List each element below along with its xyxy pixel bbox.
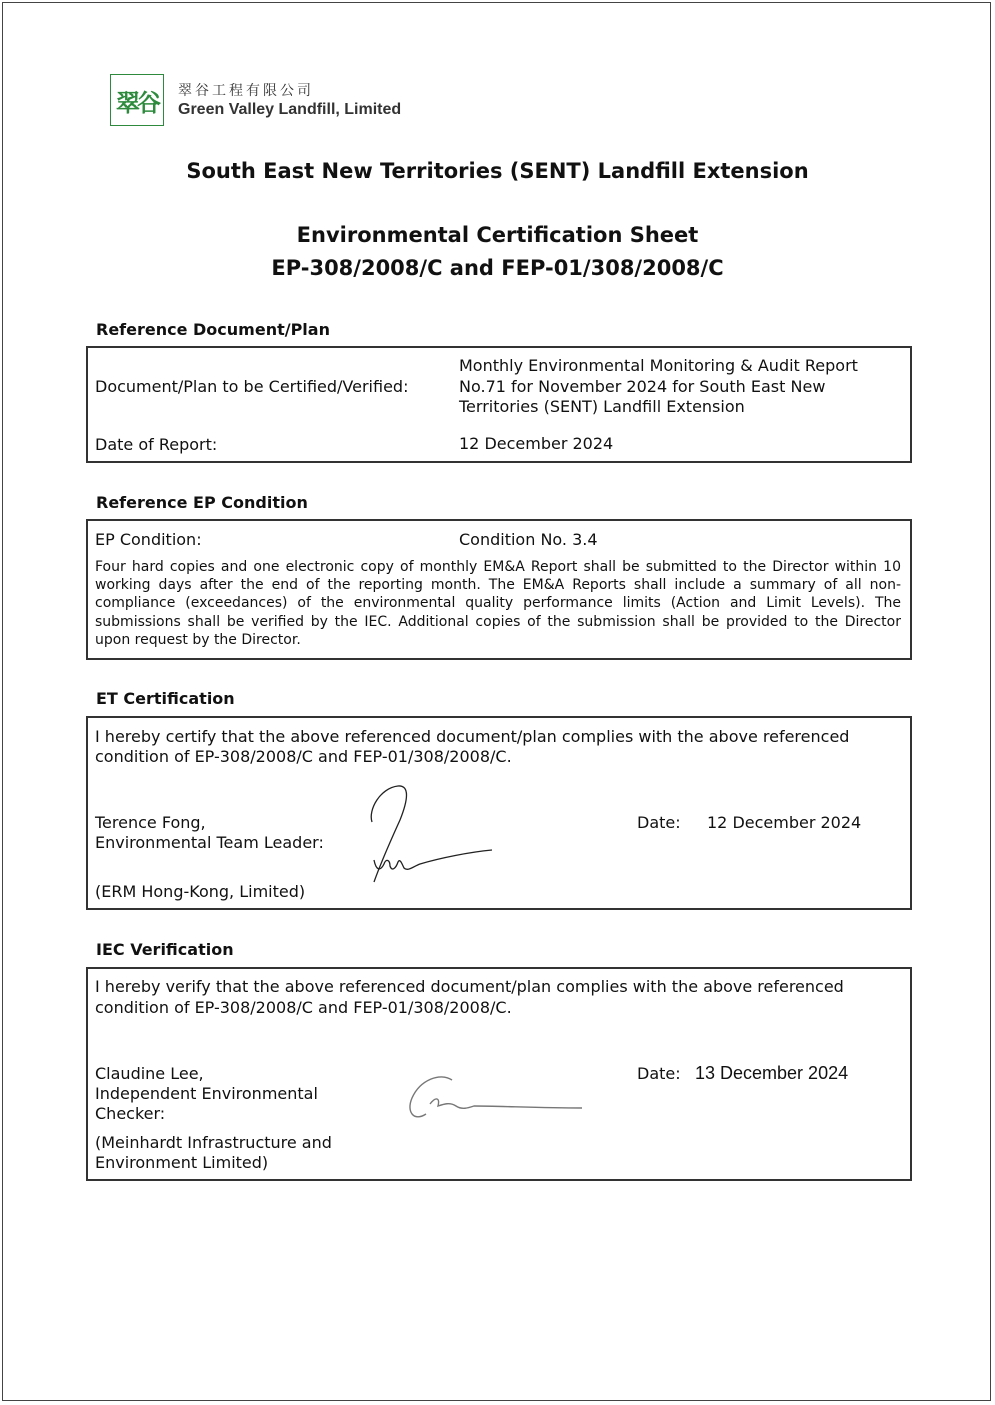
report-date-value: 12 December 2024 bbox=[459, 434, 613, 455]
document-value-line-1: Monthly Environmental Monitoring & Audit… bbox=[459, 356, 858, 377]
iec-organization-line-2: Environment Limited) bbox=[95, 1153, 268, 1174]
et-signatory-role: Environmental Team Leader: bbox=[95, 833, 324, 854]
ep-condition-text: Four hard copies and one electronic copy… bbox=[95, 558, 901, 649]
iec-signatory-name: Claudine Lee, bbox=[95, 1064, 204, 1085]
et-date-label: Date: bbox=[637, 813, 681, 834]
et-statement-line-2: condition of EP-308/2008/C and FEP-01/30… bbox=[95, 747, 512, 768]
reference-ep-heading: Reference EP Condition bbox=[96, 493, 308, 512]
iec-date-value: 13 December 2024 bbox=[695, 1063, 848, 1084]
permit-numbers: EP-308/2008/C and FEP-01/308/2008/C bbox=[0, 256, 995, 280]
company-logo: 翠谷 bbox=[110, 74, 164, 126]
et-organization: (ERM Hong-Kong, Limited) bbox=[95, 882, 305, 903]
iec-signature-image bbox=[400, 1068, 590, 1128]
document-label: Document/Plan to be Certified/Verified: bbox=[95, 377, 408, 398]
et-statement-line-1: I hereby certify that the above referenc… bbox=[95, 727, 849, 748]
et-date-value: 12 December 2024 bbox=[707, 813, 861, 834]
iec-statement-line-1: I hereby verify that the above reference… bbox=[95, 977, 844, 998]
document-value-line-2: No.71 for November 2024 for South East N… bbox=[459, 377, 825, 398]
company-name-english: Green Valley Landfill, Limited bbox=[178, 101, 401, 119]
et-signatory-name: Terence Fong, bbox=[95, 813, 206, 834]
et-signature-image bbox=[360, 780, 500, 890]
reference-document-heading: Reference Document/Plan bbox=[96, 320, 330, 339]
iec-signatory-role-line-2: Checker: bbox=[95, 1104, 165, 1125]
company-name-chinese: 翠谷工程有限公司 bbox=[178, 80, 314, 100]
iec-organization-line-1: (Meinhardt Infrastructure and bbox=[95, 1133, 332, 1154]
ep-condition-value: Condition No. 3.4 bbox=[459, 530, 598, 551]
iec-signatory-role-line-1: Independent Environmental bbox=[95, 1084, 318, 1105]
iec-date-label: Date: bbox=[637, 1064, 681, 1085]
project-title: South East New Territories (SENT) Landfi… bbox=[0, 159, 995, 183]
report-date-label: Date of Report: bbox=[95, 435, 217, 456]
et-certification-heading: ET Certification bbox=[96, 689, 235, 708]
iec-statement-line-2: condition of EP-308/2008/C and FEP-01/30… bbox=[95, 998, 512, 1019]
iec-verification-heading: IEC Verification bbox=[96, 940, 234, 959]
ep-condition-label: EP Condition: bbox=[95, 530, 202, 551]
sheet-title: Environmental Certification Sheet bbox=[0, 223, 995, 247]
document-value-line-3: Territories (SENT) Landfill Extension bbox=[459, 397, 745, 418]
